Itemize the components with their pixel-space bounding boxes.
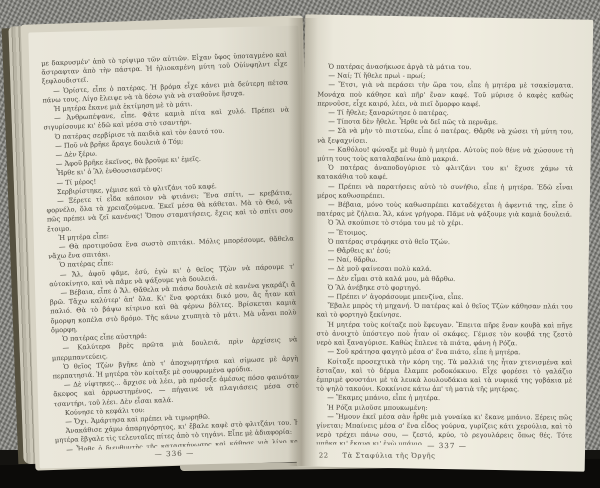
- left-page-text: με δακρυσμέν' ἀπὸ τὸ τρίψιμο τῶν αὐτιῶν.…: [41, 51, 301, 452]
- paragraph: — Δὲ μοῦ φαίνεσαι πολὺ καλά.: [317, 265, 573, 275]
- paragraph: Ὁ πατέρας ἀναποδογύρισε τὸ φλιτζάνι του …: [317, 164, 573, 183]
- paragraph: — Βέβαια, μόνο τοὺς καθωσπρέπει καταδέχε…: [317, 201, 573, 220]
- left-page-number: — 336 —: [114, 447, 234, 460]
- right-page-number: — 337 —: [387, 441, 507, 450]
- right-page-text: Ὁ πατέρας ἀνασήκωσε ἀργὰ τὰ μάτια του.— …: [316, 63, 573, 446]
- paragraph: Ἡ Ρόζα μιλοῦσε μπουκωμένη:: [316, 403, 572, 413]
- running-title: Τὰ Σταφύλια τῆς Ὀργῆς: [343, 452, 436, 460]
- paragraph: Ἔβαλε μπρὸς τὴ μηχανή. Ὁ πατέρας καὶ ὁ θ…: [317, 302, 573, 321]
- paragraph: — Ἔτσι, γιὰ νὰ περάσει τὴν ὥρα του, εἶπε…: [317, 81, 573, 110]
- right-page: Ὁ πατέρας ἀνασήκωσε ἀργὰ τὰ μάτια του.— …: [297, 14, 594, 471]
- running-title-line: 22Τὰ Σταφύλια τῆς Ὀργῆς: [319, 452, 436, 460]
- signature-number: 22: [319, 452, 329, 460]
- left-page: με δακρυσμέν' ἀπὸ τὸ τρίψιμο τῶν αὐτιῶν.…: [28, 26, 309, 469]
- paragraph: — Πρέπει νὰ παρατήσεις αὐτὸ τὸ συνήθιο, …: [317, 182, 573, 201]
- paragraph: Ὁ Ἂλ σκούπισε τὸ στόμα του μὲ τὸ χέρι.: [317, 219, 573, 229]
- paragraph: — Σὰ νὰ μὴν τὸ πιστεύω, εἶπε ὁ πατέρας. …: [317, 127, 573, 146]
- paragraph: — Σοῦ κράτησα φαγητὸ μέσα σ' ἕνα πιάτο, …: [316, 348, 572, 358]
- paragraph: Κοίταξε προσεχτικὰ τὴν κόρη της. Τὰ μαλλ…: [316, 357, 572, 395]
- paragraph: Ἡ μητέρα τοὺς κοίταζε ποὺ ἔφευγαν. Ἔπειτ…: [316, 320, 572, 349]
- paragraph: — Ἔκαμες μπάνιο, εἶπε ἡ μητέρα.: [316, 394, 572, 404]
- paragraph: — Καθόλου! φώναξε μὲ θυμὸ ἡ μητέρα. Αὐτο…: [317, 145, 573, 164]
- book-photo: με δακρυσμέν' ἀπὸ τὸ τρίψιμο τῶν αὐτιῶν.…: [0, 0, 600, 488]
